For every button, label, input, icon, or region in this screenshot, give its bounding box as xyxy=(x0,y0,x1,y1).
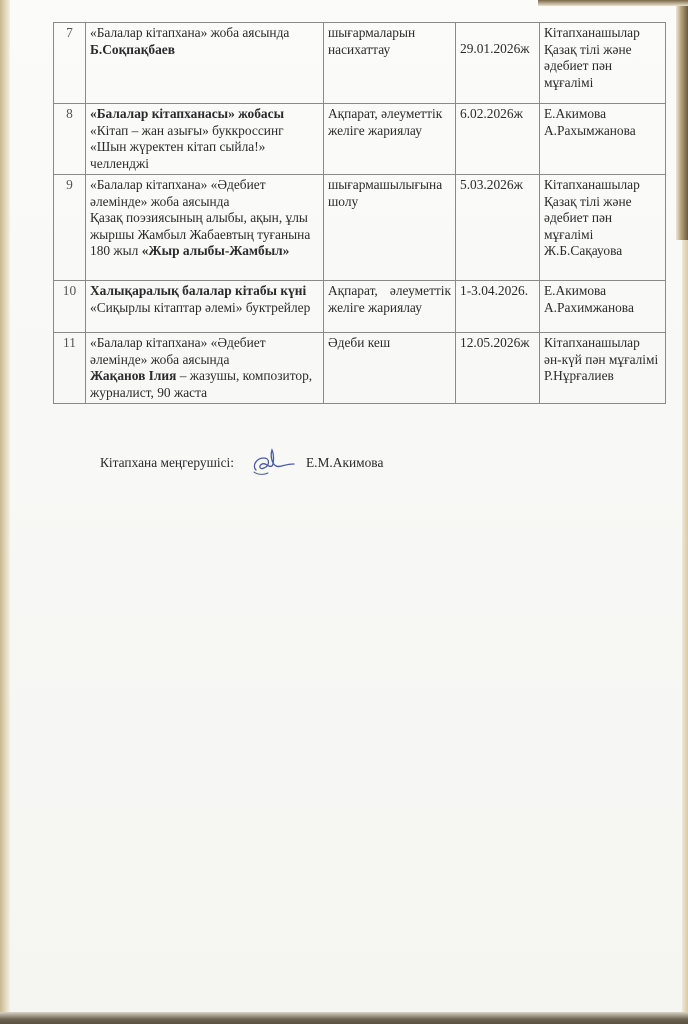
event-text: «Балалар кітапхана» жоба аясында xyxy=(90,25,289,40)
responsible-line: Ж.Б.Сақауова xyxy=(544,243,622,258)
event-title: «Жыр алыбы-Жамбыл» xyxy=(142,243,290,258)
table-row: 11 «Балалар кітапхана» «Әдебиет әлемінде… xyxy=(54,333,666,404)
table-row: 9 «Балалар кітапхана» «Әдебиет әлемінде»… xyxy=(54,175,666,281)
date-cell: 29.01.2026ж xyxy=(456,23,540,104)
events-plan-table: 7 «Балалар кітапхана» жоба аясында Б.Соқ… xyxy=(53,22,666,404)
form-cell: шығармашылығына шолу xyxy=(324,175,456,281)
responsible-line: Кітапханашылар xyxy=(544,335,640,350)
table-row: 10 Халықаралық балалар кітабы күні «Сиқы… xyxy=(54,281,666,333)
photo-edge-left xyxy=(0,0,10,1024)
event-cell: Халықаралық балалар кітабы күні «Сиқырлы… xyxy=(86,281,324,333)
date-cell: 5.03.2026ж xyxy=(456,175,540,281)
row-number: 11 xyxy=(54,333,86,404)
responsible-line: Е.Акимова xyxy=(544,283,606,298)
form-cell: Ақпарат, әлеуметтік желіге жариялау xyxy=(324,104,456,175)
responsible-cell: Кітапханашылар Қазақ тілі және әдебиет п… xyxy=(540,175,666,281)
signature-block: Кітапхана меңгерушісі: Е.М.Акимова xyxy=(100,448,383,478)
form-cell: Ақпарат, әлеуметтік желіге жариялау xyxy=(324,281,456,333)
event-text: «Кітап – жан азығы» буккроссинг «Шын жүр… xyxy=(90,123,284,171)
responsible-line: А.Рахымжанова xyxy=(544,123,636,138)
photo-edge-bottom xyxy=(0,1012,688,1024)
event-cell: «Балалар кітапхана» «Әдебиет әлемінде» ж… xyxy=(86,175,324,281)
responsible-cell: Е.Акимова А.Рахымжанова xyxy=(540,104,666,175)
responsible-line: Р.Нұрғалиев xyxy=(544,368,614,383)
responsible-line: Қазақ тілі және әдебиет пән мұғалімі xyxy=(544,194,632,242)
signature-label: Кітапхана меңгерушісі: xyxy=(100,455,234,471)
responsible-cell: Кітапханашылар ән-күй пән мұғалімі Р.Нұр… xyxy=(540,333,666,404)
event-title: «Балалар кітапханасы» жобасы xyxy=(90,106,284,121)
event-author: Б.Соқпақбаев xyxy=(90,42,175,57)
responsible-cell: Е.Акимова А.Рахимжанова xyxy=(540,281,666,333)
event-text: «Сиқырлы кітаптар әлемі» буктрейлер xyxy=(90,300,310,315)
form-cell: шығармаларын насихаттау xyxy=(324,23,456,104)
form-cell: Әдеби кеш xyxy=(324,333,456,404)
event-cell: «Балалар кітапхана» «Әдебиет әлемінде» ж… xyxy=(86,333,324,404)
photo-edge-right-shadow xyxy=(676,0,688,240)
event-title: Халықаралық балалар кітабы күні xyxy=(90,283,306,298)
row-number: 8 xyxy=(54,104,86,175)
date-cell: 1-3.04.2026. xyxy=(456,281,540,333)
event-text: «Балалар кітапхана» «Әдебиет әлемінде» ж… xyxy=(90,335,266,367)
row-number: 9 xyxy=(54,175,86,281)
responsible-line: Кітапханашылар xyxy=(544,177,640,192)
date-cell: 6.02.2026ж xyxy=(456,104,540,175)
responsible-line: Қазақ тілі және әдебиет пән мұғалімі xyxy=(544,42,632,90)
date-cell: 12.05.2026ж xyxy=(456,333,540,404)
event-author: Жақанов Ілия xyxy=(90,368,176,383)
responsible-line: Кітапханашылар xyxy=(544,25,640,40)
row-number: 7 xyxy=(54,23,86,104)
responsible-line: Е.Акимова xyxy=(544,106,606,121)
responsible-cell: Кітапханашылар Қазақ тілі және әдебиет п… xyxy=(540,23,666,104)
photo-edge-top xyxy=(538,0,688,6)
event-text: «Балалар кітапхана» «Әдебиет әлемінде» ж… xyxy=(90,177,266,209)
signatory-name: Е.М.Акимова xyxy=(306,455,383,471)
event-cell: «Балалар кітапханасы» жобасы «Кітап – жа… xyxy=(86,104,324,175)
row-number: 10 xyxy=(54,281,86,333)
table-row: 7 «Балалар кітапхана» жоба аясында Б.Соқ… xyxy=(54,23,666,104)
handwritten-signature-icon xyxy=(250,448,296,478)
table-row: 8 «Балалар кітапханасы» жобасы «Кітап – … xyxy=(54,104,666,175)
responsible-line: ән-күй пән мұғалімі xyxy=(544,352,658,367)
event-cell: «Балалар кітапхана» жоба аясында Б.Соқпа… xyxy=(86,23,324,104)
responsible-line: А.Рахимжанова xyxy=(544,300,634,315)
